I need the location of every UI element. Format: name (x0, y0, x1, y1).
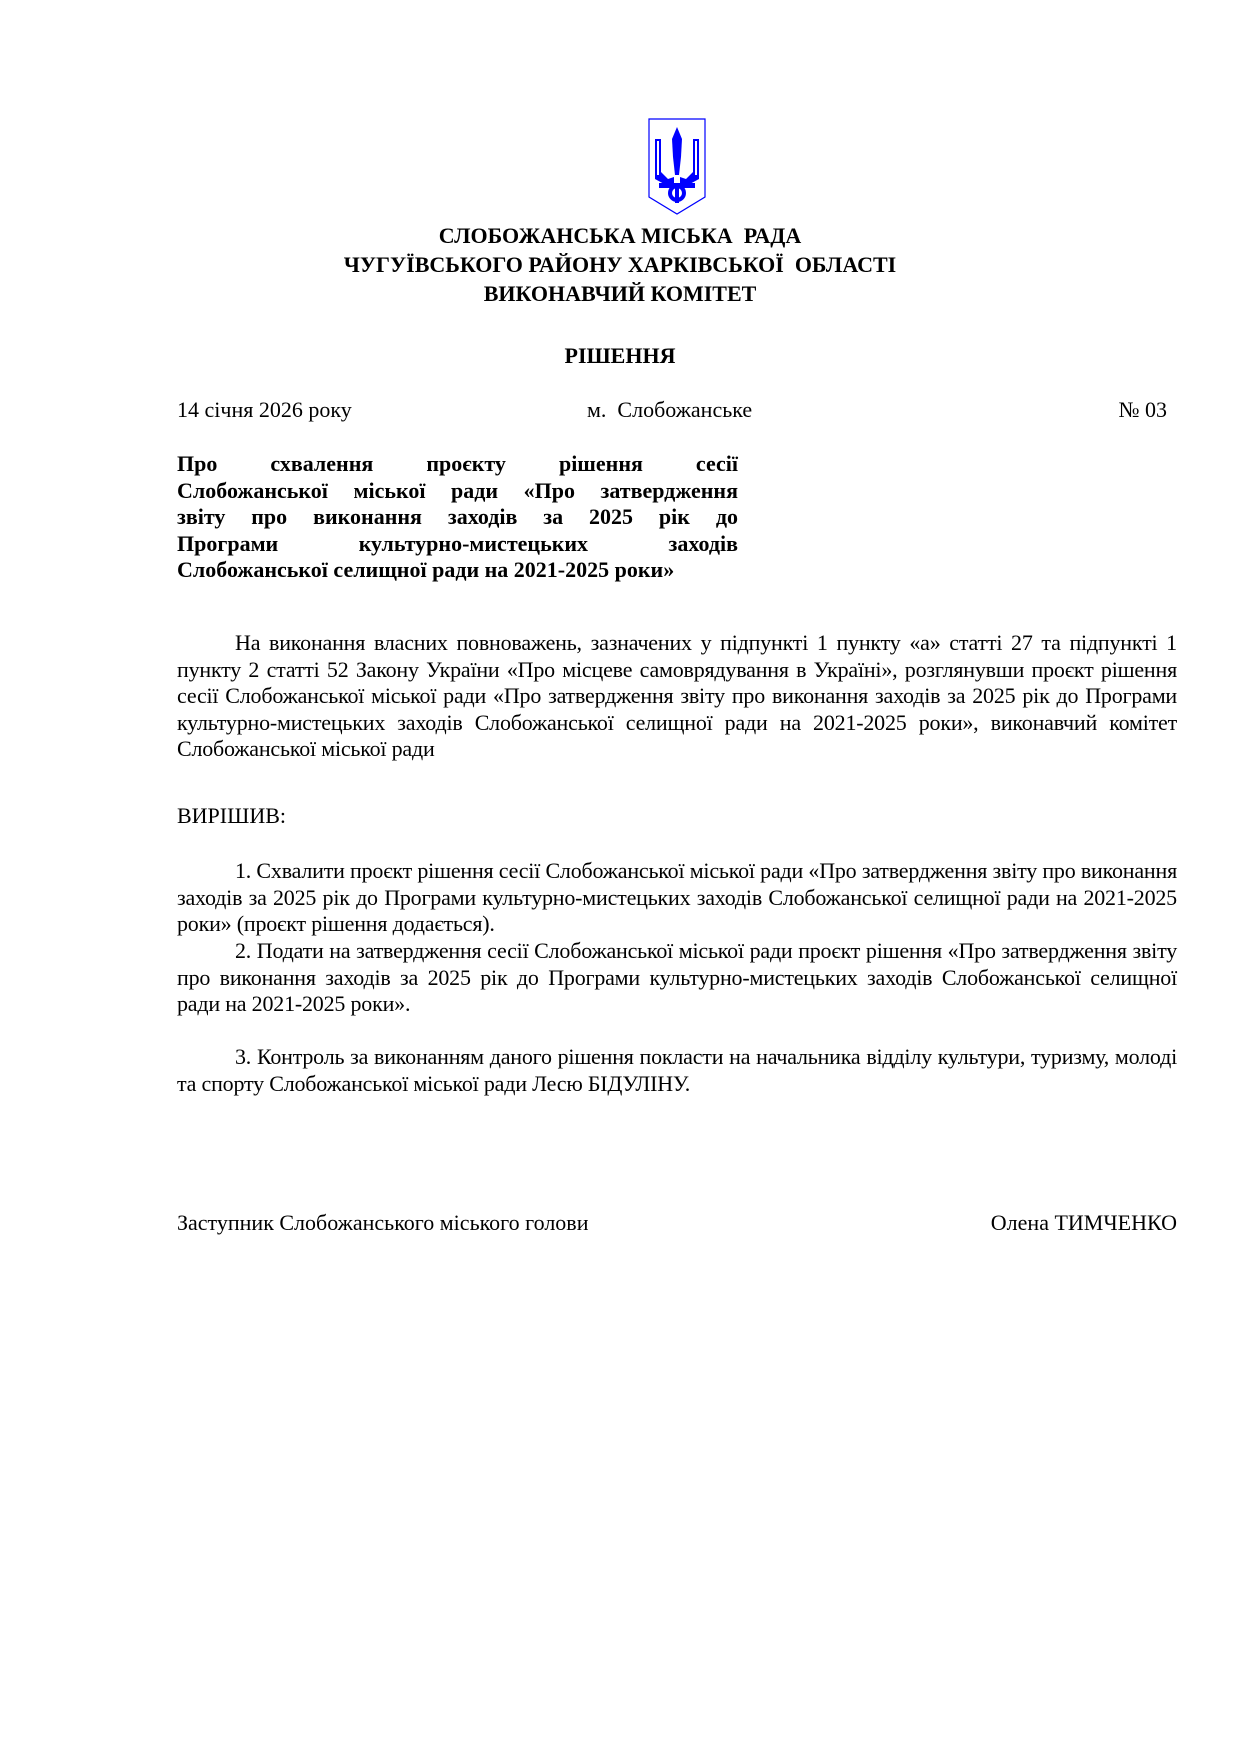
issuer-line-council: СЛОБОЖАНСЬКА МІСЬКА РАДА (0, 221, 1240, 250)
document-subject: Про схвалення проєкту рішення сесії Слоб… (177, 451, 738, 584)
decision-point-2: 2. Подати на затвердження сесії Слобожан… (177, 938, 1177, 1018)
preamble-paragraph: На виконання власних повноважень, зазнач… (177, 630, 1177, 763)
document-type-title: РІШЕННЯ (0, 343, 1240, 369)
document-page: СЛОБОЖАНСЬКА МІСЬКА РАДА ЧУГУЇВСЬКОГО РА… (0, 0, 1240, 1754)
decided-label: ВИРІШИВ: (177, 803, 286, 829)
trident-coat-of-arms-icon (646, 117, 708, 217)
document-place: м. Слобожанське (587, 397, 752, 423)
subject-line: Слобожанської селищної ради на 2021-2025… (177, 557, 738, 584)
issuer-line-region: ЧУГУЇВСЬКОГО РАЙОНУ ХАРКІВСЬКОЇ ОБЛАСТІ (0, 250, 1240, 279)
document-number: № 03 (1119, 397, 1168, 423)
signatory-role: Заступник Слобожанського міського голови (177, 1210, 588, 1236)
decision-point-3: 3. Контроль за виконанням даного рішення… (177, 1044, 1177, 1097)
issuer-header: СЛОБОЖАНСЬКА МІСЬКА РАДА ЧУГУЇВСЬКОГО РА… (0, 221, 1240, 308)
subject-line: Програми культурно-мистецьких заходів (177, 531, 738, 558)
decision-point-1: 1. Схвалити проєкт рішення сесії Слобожа… (177, 858, 1177, 938)
document-date: 14 січня 2026 року (177, 397, 352, 423)
signatory-name: Олена ТИМЧЕНКО (991, 1210, 1177, 1236)
subject-line: звіту про виконання заходів за 2025 рік … (177, 504, 738, 531)
issuer-line-committee: ВИКОНАВЧИЙ КОМІТЕТ (0, 279, 1240, 308)
subject-line: Про схвалення проєкту рішення сесії (177, 451, 738, 478)
subject-line: Слобожанської міської ради «Про затвердж… (177, 478, 738, 505)
